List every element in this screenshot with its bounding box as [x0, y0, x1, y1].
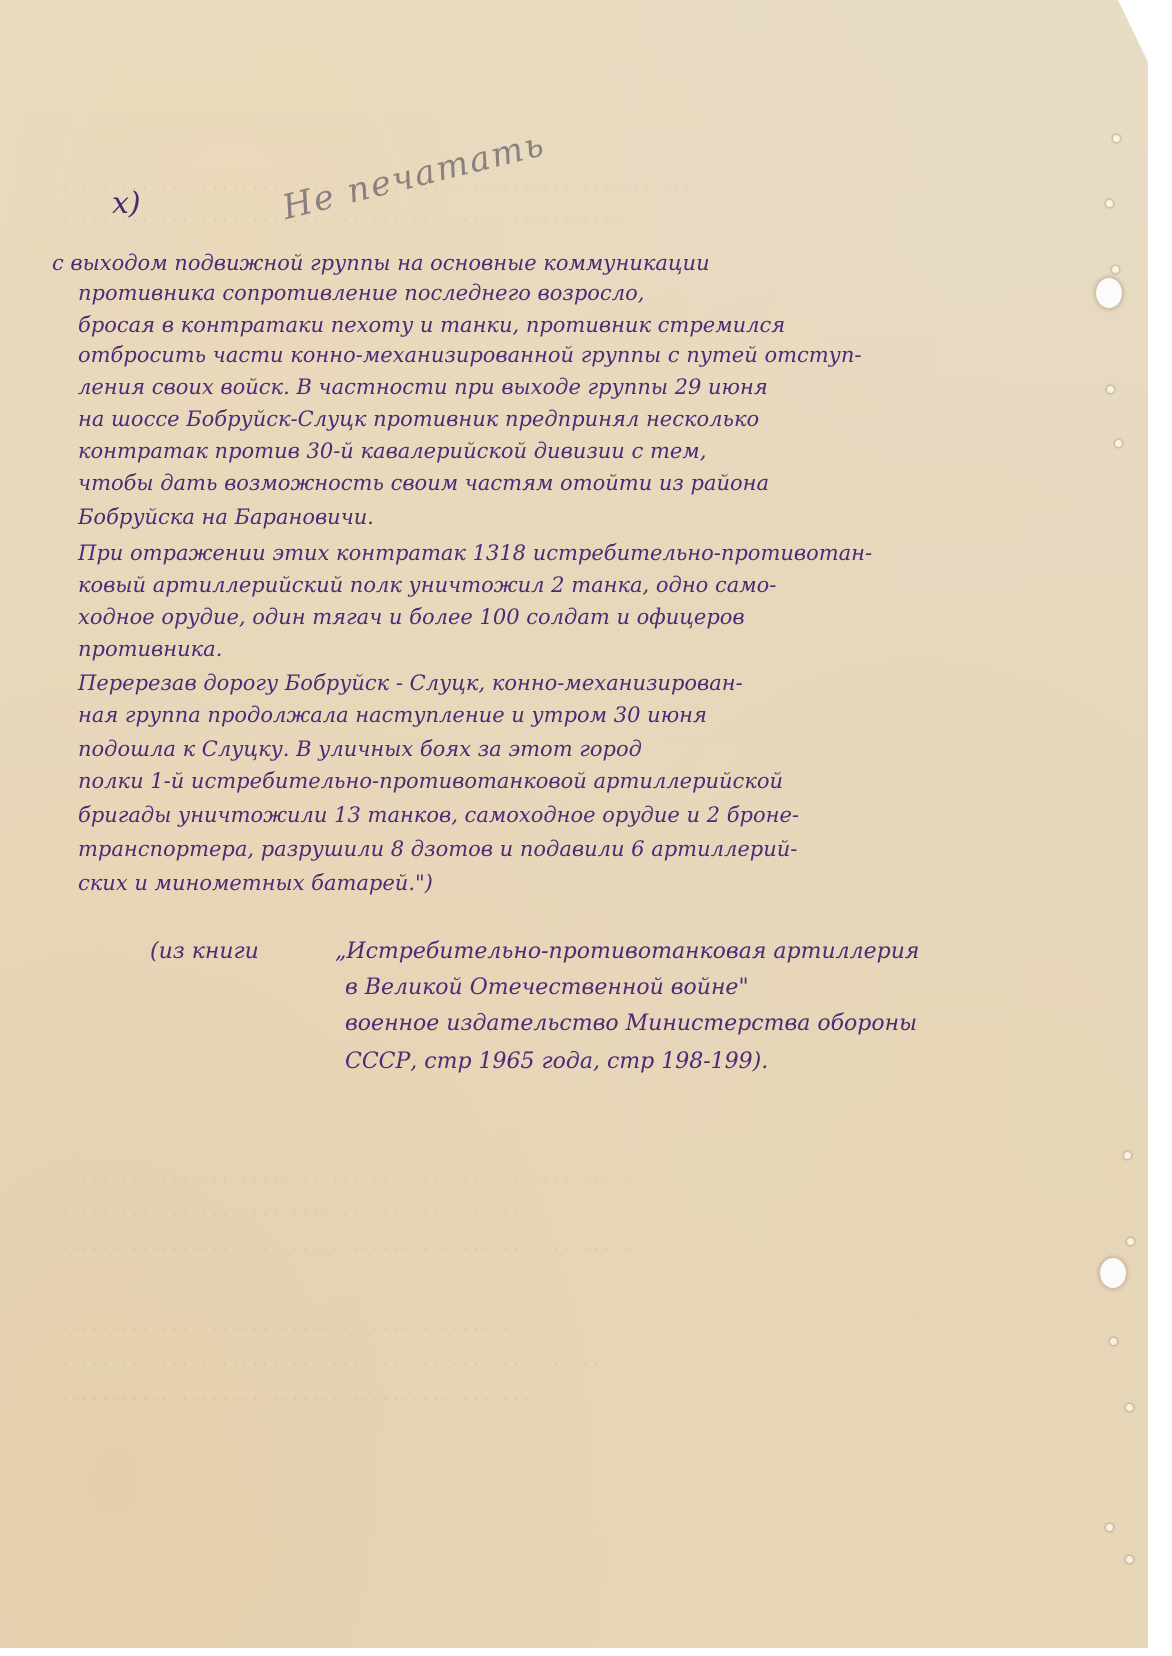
citation-prefix: (из книги: [150, 935, 259, 969]
pinhole: [1124, 1152, 1131, 1159]
footnote-mark: х): [112, 186, 141, 221]
pinhole: [1106, 1524, 1113, 1531]
pinhole: [1126, 1556, 1133, 1563]
bleed-through-text: ········ ········ ····· ········· ······…: [60, 1170, 1088, 1188]
text-line: Перерезав дорогу Бобруйск - Слуцк, конно…: [78, 668, 743, 698]
pinhole: [1115, 440, 1122, 447]
text-line: ления своих войск. В частности при выход…: [78, 372, 768, 402]
text-line: бросая в контратаки пехоту и танки, прот…: [78, 310, 785, 340]
bleed-through-text: ········· ········ ········ ········· ··…: [60, 212, 1088, 230]
pinhole: [1110, 1338, 1117, 1345]
bleed-through-text: ·········· ··········· ········ ········…: [60, 1205, 1088, 1223]
bleed-through-text: ··········· ········ ······· ·········· …: [60, 1390, 1088, 1408]
text-line: чтобы дать возможность своим частям отой…: [78, 468, 769, 498]
punch-hole: [1096, 278, 1122, 308]
text-line: Бобруйска на Барановичи.: [78, 502, 374, 532]
bleed-through-text: ········ ······ ········· ········· ····…: [60, 1355, 1088, 1373]
text-line: с выходом подвижной группы на основные к…: [52, 248, 710, 278]
text-line: полки 1-й истребительно-противотанковой …: [78, 766, 783, 796]
text-line: ная группа продолжала наступление и утро…: [78, 700, 707, 730]
text-line: транспортера, разрушили 8 дзотов и подав…: [78, 834, 797, 864]
citation-line: в Великой Отечественной войне": [345, 971, 749, 1005]
pinhole: [1106, 200, 1113, 207]
bleed-through-text: ······ ············ ········ ········ ··…: [60, 1240, 1088, 1258]
punch-hole: [1100, 1258, 1126, 1288]
citation-line: СССР, стр 1965 года, стр 198-199).: [345, 1045, 768, 1079]
pinhole: [1112, 266, 1119, 273]
text-line: контратак против 30-й кавалерийской диви…: [78, 436, 706, 466]
text-line: противника.: [78, 634, 222, 664]
text-line: отбросить части конно-механизированной г…: [78, 340, 861, 370]
citation-line: военное издательство Министерства оборон…: [345, 1007, 917, 1041]
text-line: подошла к Слуцку. В уличных боях за этот…: [78, 734, 642, 764]
citation-line: „Истребительно-противотанковая артиллери…: [335, 935, 920, 969]
document-page: ··· ········ ·········· ··· ············…: [0, 0, 1148, 1648]
text-line: ковый артиллерийский полк уничтожил 2 та…: [78, 570, 776, 600]
pinhole: [1127, 1238, 1134, 1245]
text-line: бригады уничтожили 13 танков, самоходное…: [78, 800, 799, 830]
pinhole: [1107, 386, 1114, 393]
text-line: При отражении этих контратак 1318 истреб…: [78, 538, 872, 568]
text-line: на шоссе Бобруйск-Слуцк противник предпр…: [78, 404, 759, 434]
pinhole: [1126, 1404, 1133, 1411]
pinhole: [1113, 135, 1120, 142]
bleed-through-text: ········· ··········· ····· ········· ··…: [60, 1320, 1088, 1338]
text-line: ских и минометных батарей."): [78, 868, 433, 898]
bleed-through-text: ··· ········ ·········· ··· ············…: [60, 180, 1088, 198]
text-line: противника сопротивление последнего возр…: [78, 278, 644, 308]
text-line: ходное орудие, один тягач и более 100 со…: [78, 602, 745, 632]
